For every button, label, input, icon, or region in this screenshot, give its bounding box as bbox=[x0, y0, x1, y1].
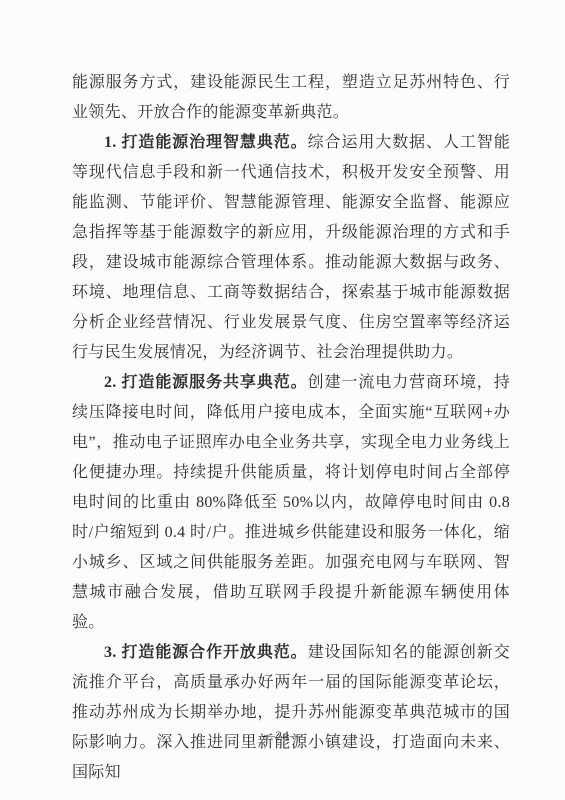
paragraph-item-2: 2. 打造能源服务共享典范。创建一流电力营商环境，持续压降接电时间，降低用户接电… bbox=[72, 368, 510, 638]
page-number: —24— bbox=[0, 728, 565, 744]
paragraph-continuation: 能源服务方式，建设能源民生工程，塑造立足苏州特色、行业领先、开放合作的能源变革新… bbox=[72, 68, 510, 128]
paragraph-item-1: 1. 打造能源治理智慧典范。综合运用大数据、人工智能等现代信息手段和新一代通信技… bbox=[72, 128, 510, 368]
paragraph-heading: 2. 打造能源服务共享典范。 bbox=[104, 374, 308, 391]
document-page: 能源服务方式，建设能源民生工程，塑造立足苏州特色、行业领先、开放合作的能源变革新… bbox=[0, 0, 565, 800]
paragraph-heading: 3. 打造能源合作开放典范。 bbox=[104, 644, 308, 661]
paragraph-text: 综合运用大数据、人工智能等现代信息手段和新一代通信技术，积极开发安全预警、用能监… bbox=[72, 134, 510, 361]
paragraph-text: 建设国际知名的能源创新交流推介平台，高质量承办好两年一届的国际能源变革论坛，推动… bbox=[72, 644, 510, 781]
paragraph-text: 能源服务方式，建设能源民生工程，塑造立足苏州特色、行业领先、开放合作的能源变革新… bbox=[72, 74, 510, 121]
paragraph-heading: 1. 打造能源治理智慧典范。 bbox=[104, 134, 308, 151]
paragraph-item-3: 3. 打造能源合作开放典范。建设国际知名的能源创新交流推介平台，高质量承办好两年… bbox=[72, 638, 510, 788]
document-body: 能源服务方式，建设能源民生工程，塑造立足苏州特色、行业领先、开放合作的能源变革新… bbox=[72, 68, 510, 788]
paragraph-text: 创建一流电力营商环境，持续压降接电时间，降低用户接电成本，全面实施“互联网+办电… bbox=[72, 374, 510, 631]
